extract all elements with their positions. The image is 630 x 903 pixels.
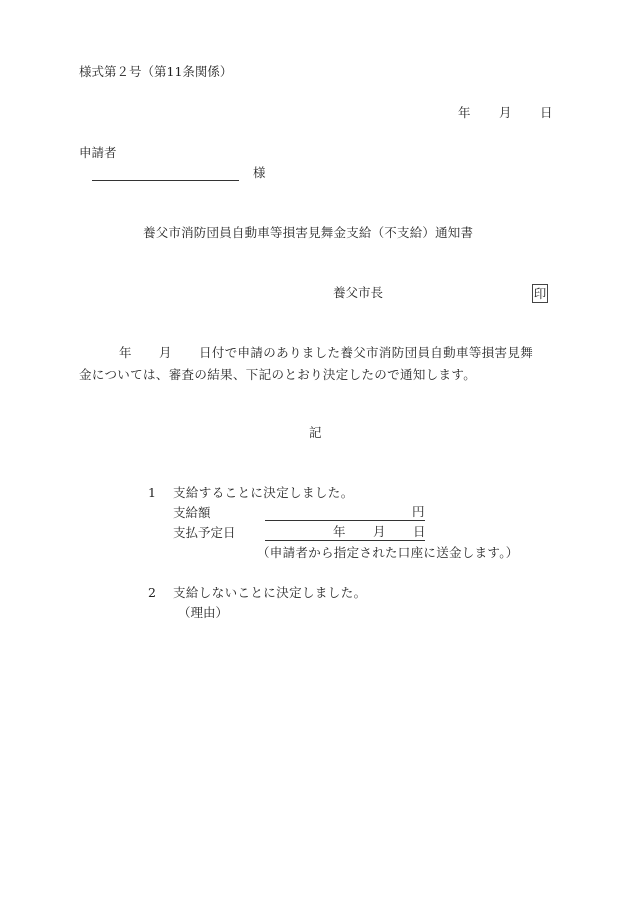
payment-date-field[interactable] <box>265 540 425 541</box>
issuer-name: 養父市長 <box>333 287 383 300</box>
date-year-label: 年 <box>458 107 471 120</box>
item-1-number: 1 <box>148 487 156 500</box>
reason-label: （理由） <box>178 607 228 620</box>
form-number: 様式第２号（第11条関係） <box>79 66 232 79</box>
body-year-label: 年 <box>119 347 132 360</box>
date-month-label: 月 <box>499 107 512 120</box>
seal-stamp-box: 印 <box>532 284 548 303</box>
item-2-number: 2 <box>148 587 156 600</box>
amount-field[interactable] <box>265 520 425 521</box>
item-1-text: 支給することに決定しました。 <box>173 487 354 500</box>
applicant-label: 申請者 <box>79 147 117 160</box>
date-day-label: 日 <box>540 107 553 120</box>
ki-heading: 記 <box>309 427 322 440</box>
payment-day-label: 日 <box>413 526 426 539</box>
body-line1-text: 日付で申請のありました養父市消防団員自動車等損害見舞 <box>199 347 533 360</box>
payment-year-label: 年 <box>333 526 346 539</box>
item-2-text: 支給しないことに決定しました。 <box>173 587 367 600</box>
amount-label: 支給額 <box>173 507 211 520</box>
document-title: 養父市消防団員自動車等損害見舞金支給（不支給）通知書 <box>143 227 473 240</box>
payment-date-label: 支払予定日 <box>173 527 236 540</box>
body-month-label: 月 <box>159 347 172 360</box>
body-line2-text: 金については、審査の結果、下記のとおり決定したので通知します。 <box>79 369 476 382</box>
applicant-name-field[interactable] <box>92 180 239 181</box>
applicant-honorific: 様 <box>253 167 266 180</box>
payment-note: （申請者から指定された口座に送金します。） <box>257 547 519 560</box>
payment-month-label: 月 <box>373 526 386 539</box>
amount-unit: 円 <box>412 506 425 519</box>
